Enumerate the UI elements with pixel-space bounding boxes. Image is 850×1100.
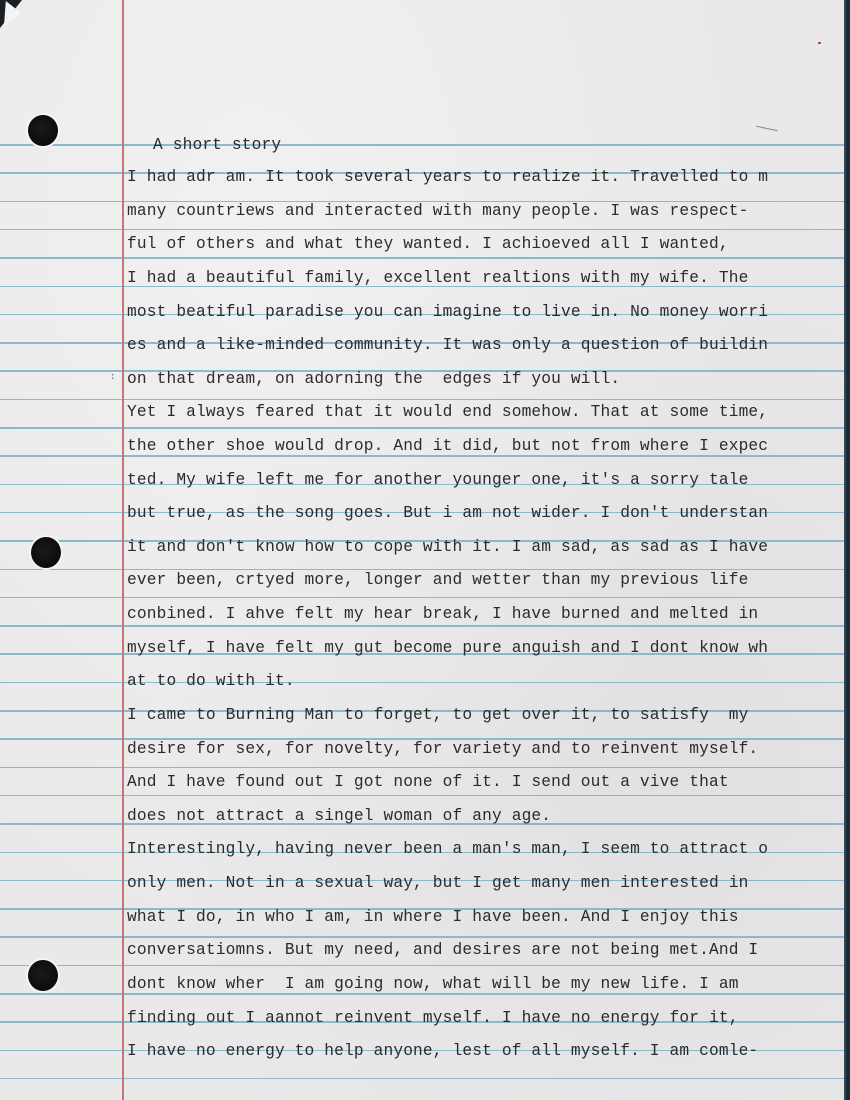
rule-line xyxy=(0,1078,846,1080)
text-line: ted. My wife left me for another younger… xyxy=(127,472,748,488)
text-line: at to do with it. xyxy=(127,673,295,689)
punch-hole-top xyxy=(28,115,58,146)
story-title: A short story xyxy=(153,137,281,153)
text-line: ever been, crtyed more, longer and wette… xyxy=(127,572,748,588)
paper-edge xyxy=(844,0,846,1100)
text-line: I had adr am. It took several years to r… xyxy=(127,169,768,185)
text-line: dont know wher I am going now, what will… xyxy=(127,976,739,992)
rule-line xyxy=(0,767,846,769)
ink-speck xyxy=(818,42,821,44)
rule-line xyxy=(0,993,846,995)
text-line: conbined. I ahve felt my hear break, I h… xyxy=(127,606,758,622)
text-line: And I have found out I got none of it. I… xyxy=(127,774,729,790)
text-line: I had a beautiful family, excellent real… xyxy=(127,270,748,286)
rule-line xyxy=(0,144,846,146)
text-line: most beatiful paradise you can imagine t… xyxy=(127,304,768,320)
text-line: only men. Not in a sexual way, but I get… xyxy=(127,875,748,891)
text-line: conversatiomns. But my need, and desires… xyxy=(127,942,758,958)
text-line: on that dream, on adorning the edges if … xyxy=(127,371,620,387)
text-line: myself, I have felt my gut become pure a… xyxy=(127,640,768,656)
pencil-mark xyxy=(756,126,778,132)
text-line: I have no energy to help anyone, lest of… xyxy=(127,1043,758,1059)
rule-line xyxy=(0,399,846,401)
text-line: es and a like-minded community. It was o… xyxy=(127,337,768,353)
rule-line xyxy=(0,427,846,429)
text-line: the other shoe would drop. And it did, b… xyxy=(127,438,768,454)
rule-line xyxy=(0,795,846,797)
text-line: what I do, in who I am, in where I have … xyxy=(127,909,739,925)
text-line: many countriews and interacted with many… xyxy=(127,203,748,219)
rule-line xyxy=(0,597,846,599)
text-line: finding out I aannot reinvent myself. I … xyxy=(127,1010,739,1026)
text-line: desire for sex, for novelty, for variety… xyxy=(127,741,758,757)
rule-line xyxy=(0,257,846,259)
text-line: Interestingly, having never been a man's… xyxy=(127,841,768,857)
notebook-paper: : A short story I had adr am. It took se… xyxy=(0,0,846,1100)
margin-line xyxy=(122,0,124,1100)
text-line: ful of others and what they wanted. I ac… xyxy=(127,236,729,252)
rule-line xyxy=(0,455,846,457)
rule-line xyxy=(0,936,846,938)
margin-marks: : xyxy=(110,372,115,382)
punch-hole-middle xyxy=(31,537,61,568)
text-line: it and don't know how to cope with it. I… xyxy=(127,539,768,555)
rule-line xyxy=(0,229,846,231)
rule-line xyxy=(0,965,846,967)
text-line: does not attract a singel woman of any a… xyxy=(127,808,551,824)
rule-line xyxy=(0,625,846,627)
punch-hole-bottom xyxy=(28,960,58,991)
text-line: but true, as the song goes. But i am not… xyxy=(127,505,768,521)
text-line: I came to Burning Man to forget, to get … xyxy=(127,707,748,723)
text-line: Yet I always feared that it would end so… xyxy=(127,404,768,420)
rule-line xyxy=(0,569,846,571)
